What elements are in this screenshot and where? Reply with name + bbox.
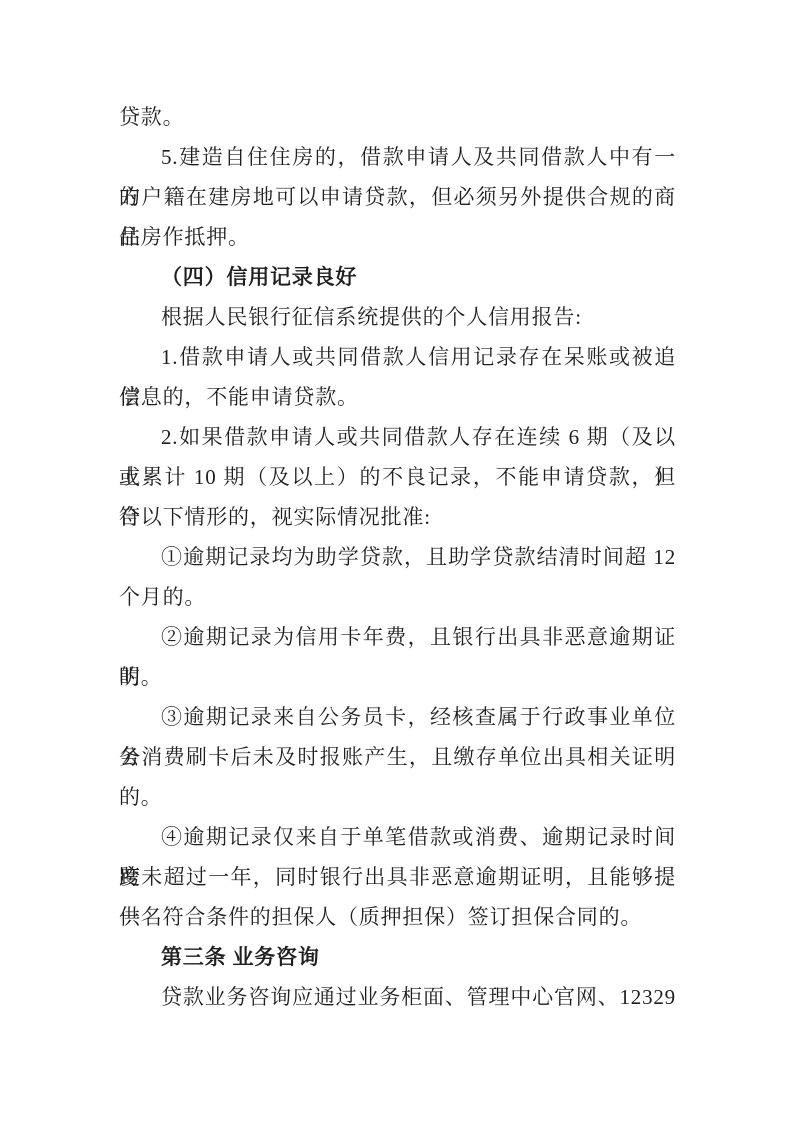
document-line: 度未超过一年，同时银行出具非恶意逾期证明，且能够提供: [119, 857, 676, 897]
document-body: 贷款。 5.建造自住住房的，借款申请人及共同借款人中有一方 的户籍在建房地可以申…: [119, 97, 676, 1017]
document-line: 信息的，不能申请贷款。: [119, 377, 676, 417]
document-line: 或累计 10 期（及以上）的不良记录，不能申请贷款，但符: [119, 457, 676, 497]
document-line: 根据人民银行征信系统提供的个人信用报告:: [119, 297, 676, 337]
document-line: 的。: [119, 777, 676, 817]
document-line: 5.建造自住住房的，借款申请人及共同借款人中有一方: [119, 137, 676, 177]
document-line: 1.借款申请人或共同借款人信用记录存在呆账或被追偿: [119, 337, 676, 377]
document-line: ④逾期记录仅来自于单笔借款或消费、逾期记录时间跨: [119, 817, 676, 857]
document-line: 住房作抵押。: [119, 217, 676, 257]
document-line: 的。: [119, 657, 676, 697]
document-line: 贷款业务咨询应通过业务柜面、管理中心官网、12329: [119, 977, 676, 1017]
document-line: 的户籍在建房地可以申请贷款，但必须另外提供合规的商品: [119, 177, 676, 217]
document-line: 贷款。: [119, 97, 676, 137]
subsection-heading: （四）信用记录良好: [119, 257, 676, 297]
document-line: 一名符合条件的担保人（质押担保）签订担保合同的。: [119, 897, 676, 937]
document-line: 2.如果借款申请人或共同借款人存在连续 6 期（及以上）: [119, 417, 676, 457]
document-page: 贷款。 5.建造自住住房的，借款申请人及共同借款人中有一方 的户籍在建房地可以申…: [0, 0, 794, 1122]
document-line: 合以下情形的，视实际情况批准:: [119, 497, 676, 537]
article-heading: 第三条 业务咨询: [119, 937, 676, 977]
document-line: ②逾期记录为信用卡年费，且银行出具非恶意逾期证明: [119, 617, 676, 657]
document-line: ①逾期记录均为助学贷款，且助学贷款结清时间超 12: [119, 537, 676, 577]
document-line: 务消费刷卡后未及时报账产生，且缴存单位出具相关证明: [119, 737, 676, 777]
document-line: ③逾期记录来自公务员卡，经核查属于行政事业单位公: [119, 697, 676, 737]
document-line: 个月的。: [119, 577, 676, 617]
